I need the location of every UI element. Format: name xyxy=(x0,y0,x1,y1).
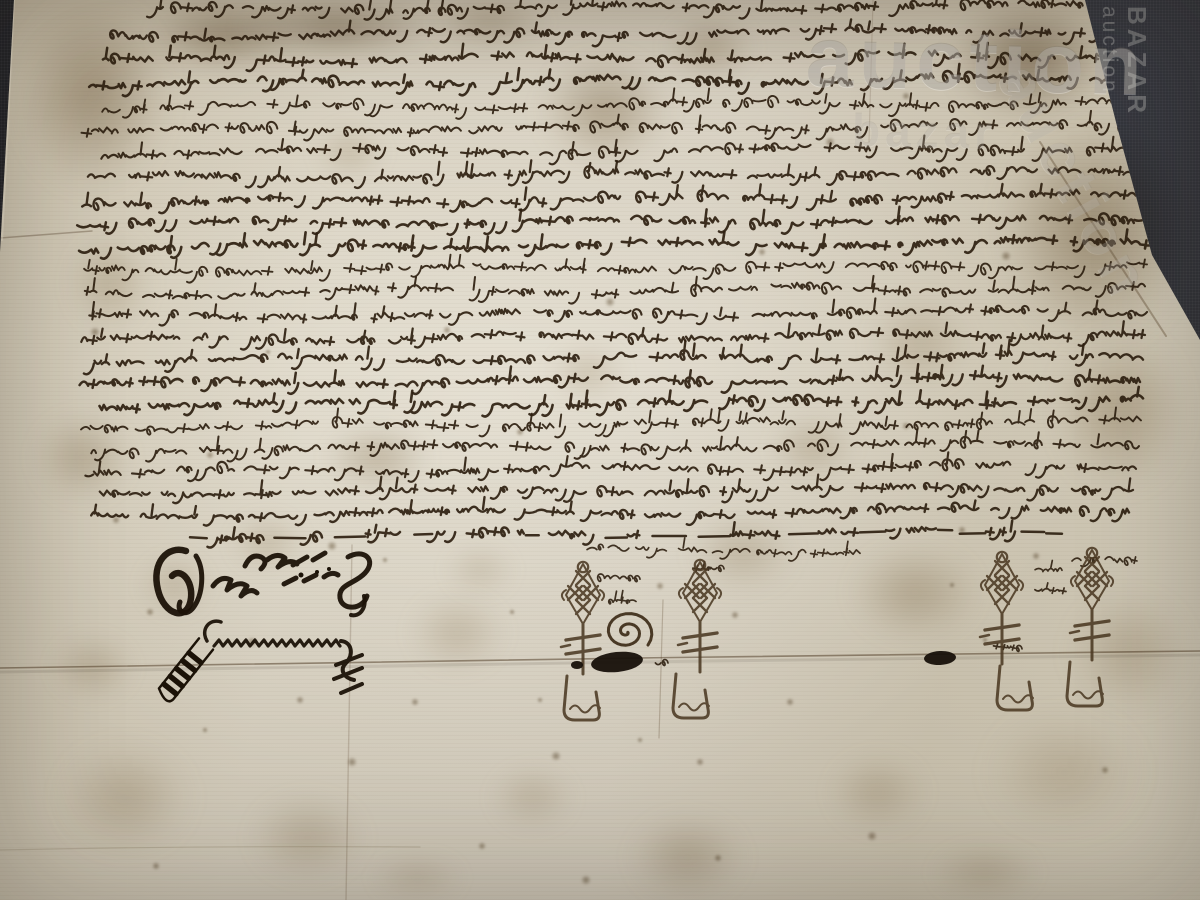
ink-blot xyxy=(590,649,644,674)
ink-blot xyxy=(924,650,957,666)
text-line xyxy=(77,207,1145,235)
text-fragment xyxy=(609,591,636,604)
text-line xyxy=(147,0,1140,20)
text-line xyxy=(103,43,1152,71)
seal-key xyxy=(980,552,1033,710)
ink-blot xyxy=(571,661,583,669)
text-line xyxy=(88,160,1144,188)
text-line xyxy=(91,497,1129,526)
text-line xyxy=(82,184,1142,213)
manuscript-photo: auction bazar auction BAZAR auction xyxy=(0,0,1200,900)
seal-key xyxy=(1067,548,1113,706)
text-fragment xyxy=(587,538,860,561)
closing-line-fragments xyxy=(587,538,1137,665)
text-fragment xyxy=(598,574,640,582)
text-line xyxy=(190,521,1062,548)
ink-blots-and-holes xyxy=(571,649,956,674)
text-line xyxy=(82,111,1149,141)
text-line xyxy=(110,19,1150,46)
text-line xyxy=(85,276,1145,304)
signature-flourish xyxy=(156,550,369,702)
text-fragment xyxy=(994,644,1023,651)
text-fragment xyxy=(1035,583,1066,594)
text-line xyxy=(79,230,1149,259)
handwriting-ink-layer xyxy=(0,0,1200,900)
text-line xyxy=(84,255,1147,283)
text-line xyxy=(100,475,1133,504)
seal-key xyxy=(673,560,721,718)
text-fragment xyxy=(1035,561,1062,572)
seal-key xyxy=(561,562,604,720)
hebrew-cursive-text-block xyxy=(77,0,1152,548)
text-line xyxy=(84,340,1143,374)
text-line xyxy=(99,387,1143,417)
text-line xyxy=(91,430,1139,462)
text-line xyxy=(80,364,1140,394)
text-fragment xyxy=(1072,557,1137,567)
text-line xyxy=(81,408,1141,438)
text-line xyxy=(101,136,1146,165)
text-line xyxy=(102,88,1148,119)
text-line xyxy=(81,321,1145,349)
text-line xyxy=(89,298,1147,325)
spiral-motif xyxy=(608,614,651,646)
ornamental-seal-keys xyxy=(561,548,1113,720)
